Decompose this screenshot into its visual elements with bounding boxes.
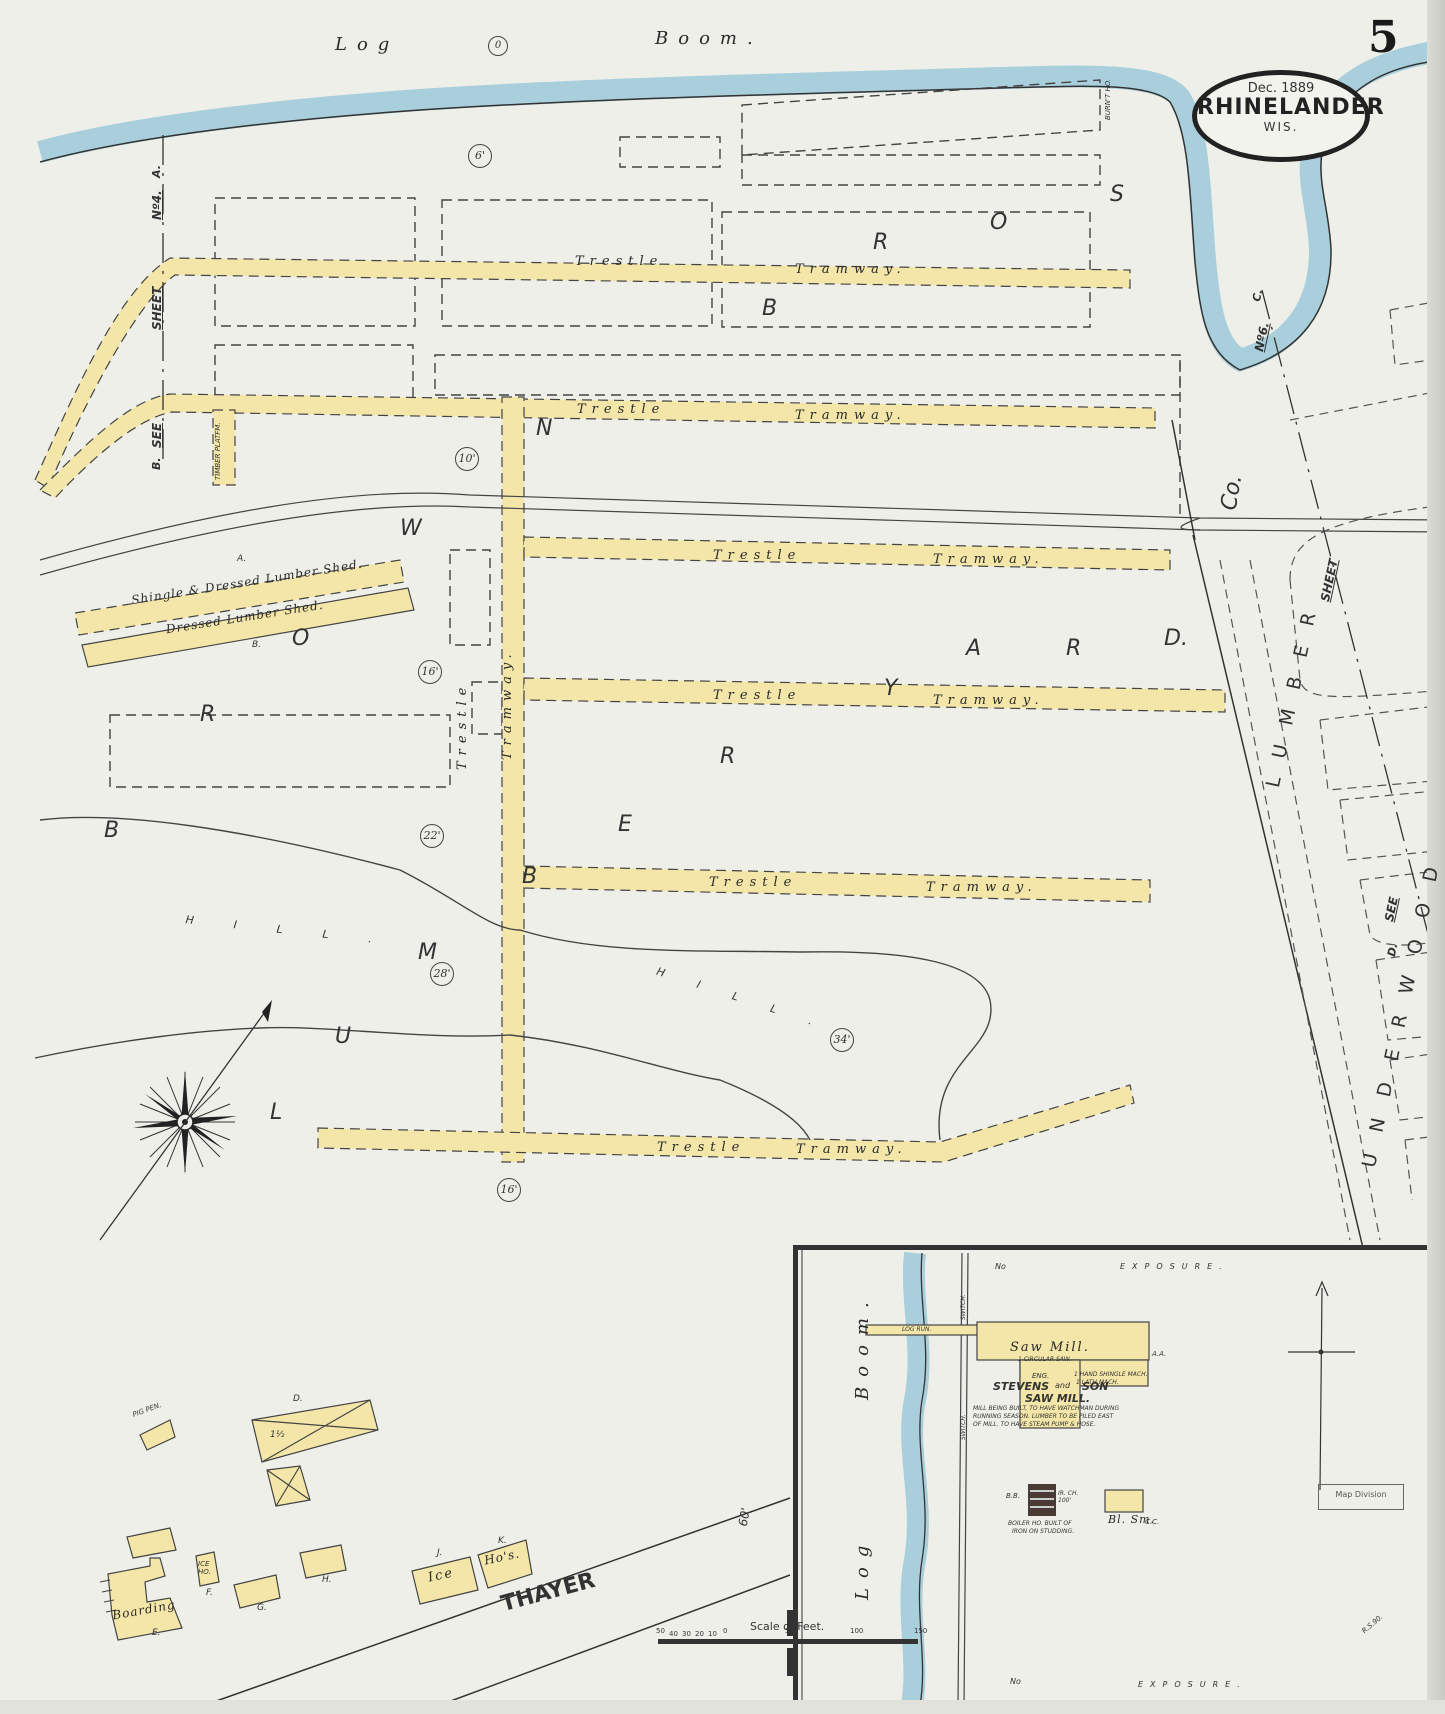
boiler-note-2: IRON ON STUDDING. (1012, 1528, 1074, 1535)
sheet-ref-no: Nº4. (150, 190, 164, 220)
stack-label: IR. CH. 100' (1058, 1490, 1080, 1504)
sheet-ref-see: SEE (150, 423, 164, 448)
sheet-ref-b: B. (150, 457, 163, 470)
elevation-marker: 28' (430, 962, 454, 986)
shed-a-letter: A. (237, 554, 246, 564)
building-j-letter: J. (437, 1548, 443, 1558)
vertical-tramway-label: Tramway. (500, 648, 515, 760)
switch-label-2: SWITCH. (960, 1414, 967, 1440)
inset-boom-label: Boom. (852, 1292, 873, 1400)
timber-platform-label: TIMBER PLATFM. (214, 422, 222, 480)
company-letter: R (873, 230, 888, 255)
exposure-top-no: No (995, 1262, 1006, 1271)
scale-tick: 20 (695, 1630, 704, 1638)
scale-tick: 50 (785, 1627, 794, 1635)
tramway-label: Tramway. (933, 552, 1045, 567)
exposure-bottom: EXPOSURE. (1138, 1680, 1247, 1689)
sanborn-map-sheet: 5 Dec. 1889 RHINELANDER WIS. Log 0 Boom.… (0, 0, 1445, 1714)
marker-0: 0 (488, 36, 508, 56)
aa-label: A.A. (1152, 1350, 1166, 1358)
company-letter: O (292, 626, 309, 651)
log-boom-label-2: Boom. (655, 28, 763, 49)
company-letter: O (990, 210, 1007, 235)
company-letter: R (1066, 636, 1081, 661)
sheet-number: 5 (1368, 12, 1399, 63)
company-letter: N (536, 416, 552, 441)
scale-tick: 150 (914, 1627, 927, 1635)
tramway-label: Tramway. (933, 693, 1045, 708)
boiler-note-1: BOILER HO. BUILT OF (1008, 1520, 1072, 1527)
scale-tick: 50 (656, 1627, 665, 1635)
company-letter: L (270, 1100, 282, 1125)
company-letter: S (1110, 182, 1124, 207)
elevation-marker: 16' (418, 660, 442, 684)
exposure-bottom-no: No (1010, 1677, 1021, 1686)
elevation-marker: 6' (468, 144, 492, 168)
scale-tick: 40 (669, 1630, 678, 1638)
tramway-label: Tramway. (795, 408, 907, 423)
building-d-stories: 1½ (270, 1430, 284, 1440)
building-h-letter: H. (322, 1575, 332, 1585)
saw-mill-label: Saw Mill. (1010, 1340, 1090, 1355)
company-letter: R (200, 702, 215, 727)
company-letter: U (335, 1024, 351, 1049)
ice-house-label: ICE HO. (198, 1560, 214, 1576)
company-letter: W (400, 516, 422, 541)
bb-label: B.B. (1006, 1492, 1020, 1500)
scale-tick: 30 (682, 1630, 691, 1638)
burnt-house-label: BURN'T HO. (1104, 79, 1112, 120)
trestle-label: Trestle (713, 688, 801, 703)
scale-tick: 100 (850, 1627, 863, 1635)
state-name: WIS. (1197, 120, 1365, 134)
company-letter: R (720, 744, 735, 769)
company-letter: Y (884, 676, 897, 701)
company-letter: A (966, 636, 981, 661)
scale-tick: 10 (708, 1630, 717, 1638)
page-edge-bottom (0, 1700, 1445, 1714)
switch-label-1: SWITCH. (960, 1294, 967, 1320)
elevation-marker: 10' (455, 447, 479, 471)
mill-note-line-1: MILL BEING BUILT, TO HAVE WATCHMAN DURIN… (973, 1405, 1119, 1412)
company-letter: B (522, 864, 537, 889)
sheet-ref-a: A. (150, 165, 163, 178)
owner-and: and (1055, 1381, 1070, 1390)
tramway-label: Tramway. (926, 880, 1038, 895)
trestle-label: Trestle (713, 548, 801, 563)
tramway-label: Tramway. (795, 262, 907, 277)
map-division-stamp: Map Division (1318, 1484, 1404, 1510)
building-g-letter: G. (257, 1603, 267, 1613)
tramway-label: Tramway. (796, 1142, 908, 1157)
lath-mach-label: 1 LATH MACH. (1076, 1379, 1119, 1386)
engine-label: ENG. (1032, 1372, 1049, 1380)
trestle-label: Trestle (577, 402, 665, 417)
company-letter: D. (1164, 626, 1188, 651)
mill-type: SAW MILL. (1025, 1392, 1090, 1405)
company-letter: M (418, 940, 437, 965)
north-arrow-icon (1288, 1282, 1355, 1490)
company-letter: E (618, 812, 632, 837)
shed-b-letter: B. (252, 640, 261, 650)
shingle-mach-label: 1 HAND SHINGLE MACH. (1074, 1371, 1148, 1378)
trestle-label: Trestle (575, 254, 663, 269)
building-d-letter: D. (293, 1394, 303, 1404)
log-boom-label: Log (335, 34, 399, 55)
mill-note-line-2: RUNNING SEASON. LUMBER TO BE PILED EAST (973, 1413, 1113, 1420)
sheet-ref-d: D. (1385, 942, 1400, 958)
circular-saw-label: 1 CIRCULAR SAW. (1018, 1356, 1071, 1363)
exposure-top: EXPOSURE. (1120, 1262, 1229, 1271)
sheet-ref-sheet: SHEET (150, 287, 164, 330)
vertical-trestle-label: Trestle (455, 682, 470, 770)
map-drawing (0, 0, 1445, 1714)
company-letter: B (104, 818, 119, 843)
company-letter: B (762, 296, 777, 321)
title-cartouche: Dec. 1889 RHINELANDER WIS. (1192, 70, 1370, 162)
elevation-marker: 22' (420, 824, 444, 848)
scale-tick: 0 (723, 1627, 727, 1635)
log-run-label: LOG RUN. (902, 1326, 931, 1333)
building-k-letter: K. (498, 1536, 507, 1546)
trestle-label: Trestle (657, 1140, 745, 1155)
mill-note-line-3: OF MILL. TO HAVE STEAM PUMP & HOSE. (973, 1421, 1095, 1428)
inset-log-label: Log (852, 1536, 873, 1600)
trestle-label: Trestle (709, 875, 797, 890)
building-f-letter: F. (206, 1588, 213, 1598)
city-name: RHINELANDER (1197, 96, 1365, 120)
map-date: Dec. 1889 (1197, 81, 1365, 96)
sheet-ref-c: C. (1250, 288, 1265, 303)
blacksmith-label: Bl. Sm. (1108, 1513, 1155, 1526)
building-e-letter: E. (152, 1628, 161, 1638)
elevation-marker: 16' (497, 1178, 521, 1202)
